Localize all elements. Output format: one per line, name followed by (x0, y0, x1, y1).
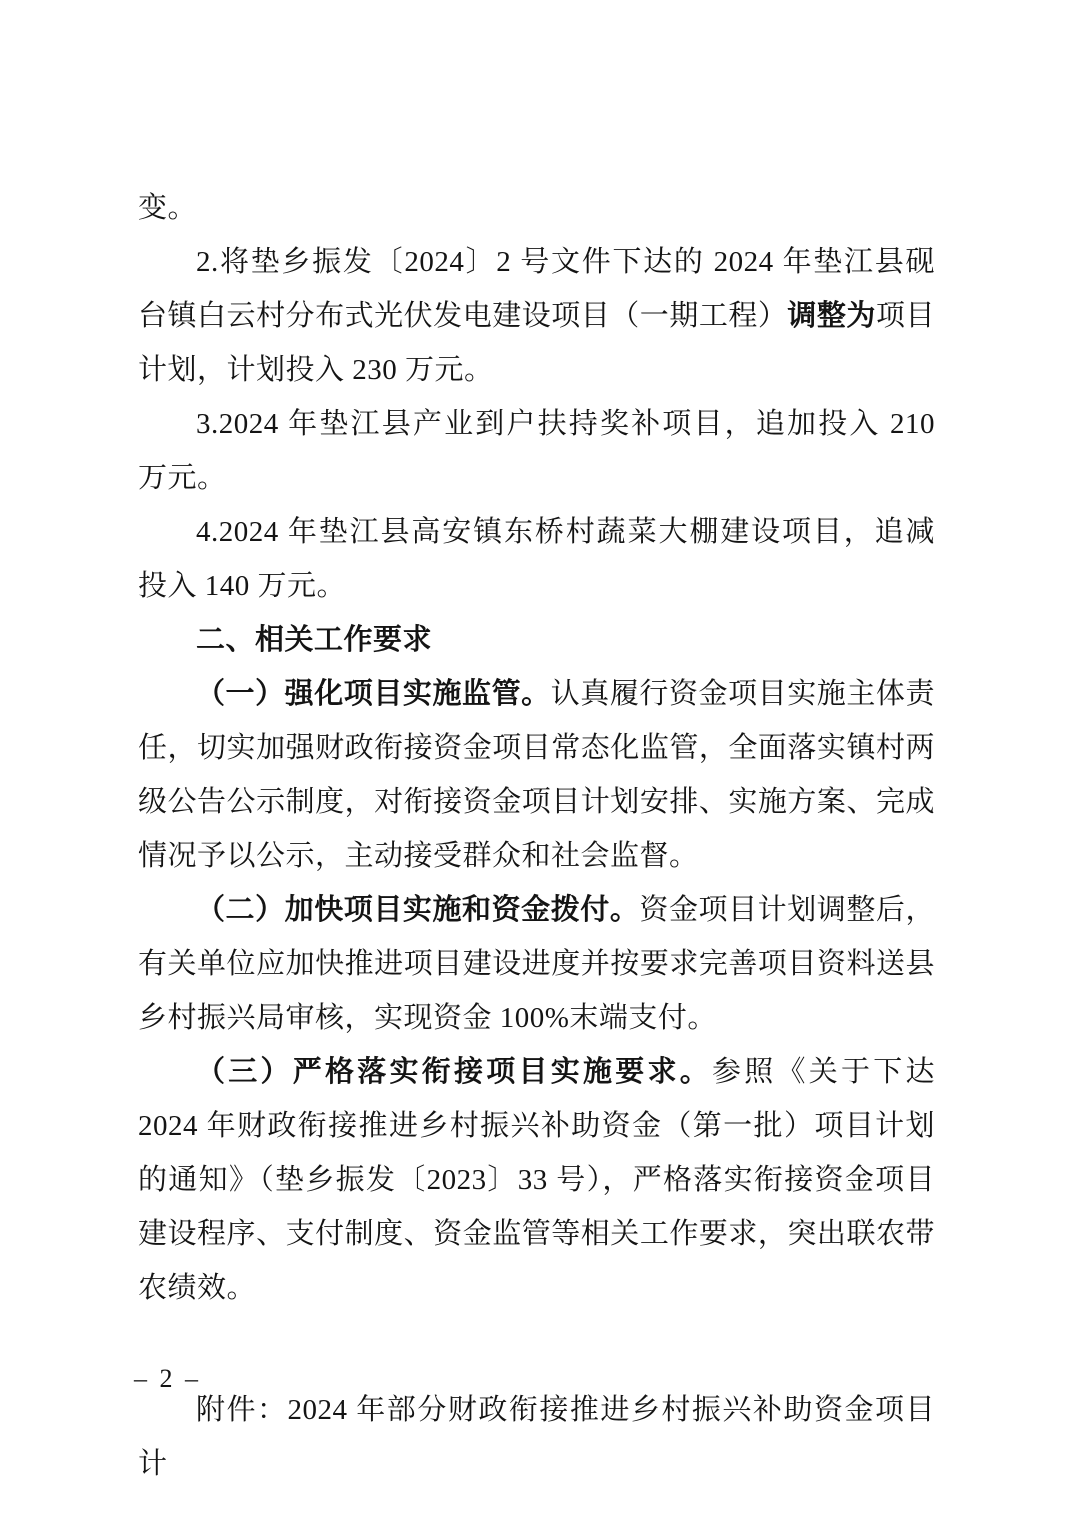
text-run: 参照《关于下达 2024 年财政衔接推进乡村振兴补助资金（第一批）项目计划的通知… (138, 1056, 935, 1304)
bold-text-run: （三）严格落实衔接项目实施要求。 (196, 1056, 712, 1088)
paragraph-sub-3-strict-implementation-requirements: （三）严格落实衔接项目实施要求。参照《关于下达 2024 年财政衔接推进乡村振兴… (138, 1045, 935, 1315)
bold-text-run: 二、相关工作要求 (196, 624, 432, 656)
section-heading-2-work-requirements: 二、相关工作要求 (138, 613, 935, 667)
paragraph-sub-1-strengthen-supervision: （一）强化项目实施监管。认真履行资金项目实施主体责任，切实加强财政衔接资金项目常… (138, 667, 935, 883)
paragraph-continuation-from-previous-page: 变。 (138, 181, 935, 235)
text-run: 附件：2024 年部分财政衔接推进乡村振兴补助资金项目计 (138, 1394, 935, 1480)
text-run: 4.2024 年垫江县高安镇东桥村蔬菜大棚建设项目，追减投入 140 万元。 (138, 516, 935, 602)
paragraph-sub-2-speed-up-implementation: （二）加快项目实施和资金拨付。资金项目计划调整后，有关单位应加快推进项目建设进度… (138, 883, 935, 1045)
bold-text-run: 调整为 (787, 300, 876, 332)
paragraph-item-3-industry-subsidy-increase: 3.2024 年垫江县产业到户扶持奖补项目，追加投入 210 万元。 (138, 397, 935, 505)
document-page: 变。2.将垫乡振发〔2024〕2 号文件下达的 2024 年垫江县砚台镇白云村分… (0, 0, 1074, 1520)
paragraph-item-2-solar-project-adjustment: 2.将垫乡振发〔2024〕2 号文件下达的 2024 年垫江县砚台镇白云村分布式… (138, 235, 935, 397)
paragraph-item-4-greenhouse-project-decrease: 4.2024 年垫江县高安镇东桥村蔬菜大棚建设项目，追减投入 140 万元。 (138, 505, 935, 613)
document-body: 变。2.将垫乡振发〔2024〕2 号文件下达的 2024 年垫江县砚台镇白云村分… (138, 181, 935, 1491)
page-number: – 2 – (134, 1364, 201, 1394)
attachment-line: 附件：2024 年部分财政衔接推进乡村振兴补助资金项目计 (138, 1383, 935, 1491)
text-run: 3.2024 年垫江县产业到户扶持奖补项目，追加投入 210 万元。 (138, 408, 935, 494)
bold-text-run: （二）加快项目实施和资金拨付。 (196, 894, 639, 926)
text-run: 变。 (138, 192, 197, 224)
bold-text-run: （一）强化项目实施监管。 (196, 678, 551, 710)
